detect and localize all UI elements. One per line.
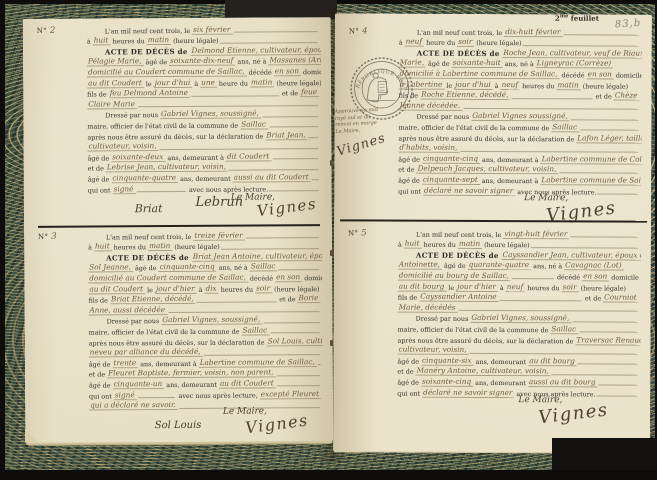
form-line: après nous être assuré du décès, sur la … <box>87 129 321 141</box>
handwritten-text: en son <box>582 271 609 281</box>
handwritten-text: quarante-quatre <box>468 260 531 270</box>
printed-text: et de <box>583 295 603 303</box>
blank-line <box>272 156 318 159</box>
printed-text: âgé de <box>133 264 159 272</box>
blank-line <box>318 362 321 365</box>
handwritten-text: en son <box>587 69 614 79</box>
printed-text: (heure légale) <box>274 79 321 87</box>
form-line: cultivateur, voisin, <box>397 344 640 356</box>
printed-text: à <box>498 284 506 292</box>
blank-line <box>579 330 637 333</box>
entry-number-label: N° <box>348 229 358 237</box>
handwritten-text: Gabriel Vignes soussigné, <box>471 111 570 121</box>
handwritten-text: Gabriel Vignes, soussigné, <box>161 315 262 326</box>
entry-number-label: N° <box>37 27 47 35</box>
blank-line <box>233 29 317 33</box>
form-line: au dit Coudert le jour d'hui à une heure… <box>87 76 321 88</box>
handwritten-folio-number: 3 <box>541 7 547 17</box>
printed-text: décédé <box>248 274 275 282</box>
handwritten-text: Roche Jean, cultivateur, veuf de Riaux <box>502 48 641 59</box>
blank-line <box>270 331 319 334</box>
register-scan: N°2 L'an mil neuf cent trois, le six fév… <box>0 0 657 480</box>
form-line: d'habits, voisin, <box>398 142 641 154</box>
printed-text: L'an mil neuf cent trois, le <box>416 230 503 238</box>
printed-text: ans, demeurant à <box>480 156 541 164</box>
printed-text: ans, demeurant à <box>165 153 226 161</box>
printed-text: heures du <box>421 241 457 249</box>
blank-line <box>269 125 318 128</box>
blank-line <box>559 170 638 173</box>
handwritten-text: aussi au dit bourg <box>528 377 598 387</box>
printed-text: L'an mil neuf cent trois, le <box>106 232 193 241</box>
printed-text: domicile <box>609 273 639 281</box>
entry-number: N°4 <box>349 26 368 36</box>
signature: Briat <box>135 202 163 215</box>
blank-line <box>563 32 638 35</box>
handwritten-text: neuf <box>405 37 424 47</box>
handwritten-text: matin <box>250 77 274 87</box>
blank-line <box>138 103 318 107</box>
printed-text: après nous être assuré du décès, sur la … <box>398 134 576 143</box>
blank-line <box>599 383 638 386</box>
form-line: ACTE DE DÉCÈS de Delmond Etienne, cultiv… <box>87 44 321 56</box>
printed-text: le <box>145 286 155 294</box>
printed-text: après nous être assuré du décès, sur la … <box>87 132 265 141</box>
handwritten-text: neuf <box>506 282 525 292</box>
printed-text: décédé <box>247 68 274 76</box>
blank-line <box>460 148 638 152</box>
pencil-folio-mark: 83,b <box>615 18 642 31</box>
blank-line <box>572 319 637 322</box>
handwritten-text: déclaré ne savoir signer <box>423 185 515 195</box>
form-line: au dit Coudert le jour d'hier à dix heur… <box>88 282 322 294</box>
printed-text: qui ont <box>89 392 114 400</box>
handwritten-text: soir <box>255 283 272 293</box>
form-line: qui ont déclaré ne savoir signer avec no… <box>398 184 641 196</box>
handwritten-text: soir <box>457 37 474 47</box>
entry-lines: L'an mil neuf cent trois, le dix-huit fé… <box>398 26 642 197</box>
form-line: après nous être assuré du décès, sur la … <box>398 132 641 144</box>
form-line: à Labertine le jour d'hui à neuf heures … <box>399 79 642 91</box>
printed-text: âgé de <box>397 378 421 386</box>
handwritten-text: Cayssandier Jean, cultivateur, époux de … <box>501 250 640 261</box>
entry-lines: L'an mil neuf cent trois, le six février… <box>87 23 322 194</box>
handwritten-text: domicilié au bourg de Saillac, <box>398 271 511 281</box>
printed-text: et de <box>397 368 415 376</box>
blank-line <box>229 167 319 171</box>
printed-text: domicile <box>614 71 642 79</box>
blank-line <box>269 188 319 191</box>
printed-text: ans, demeurant <box>178 175 233 183</box>
form-line: âgé de cinquante-quatre ans, demeurant a… <box>88 171 322 183</box>
handwritten-text: en son <box>275 272 302 282</box>
form-line: domicilié au bourg de Saillac, décédé en… <box>398 270 641 282</box>
form-line: qui ont signé avec nous après lecture, e… <box>89 388 323 400</box>
entry-signatures: BriatLebrunLe Maire,Vignes <box>88 194 322 221</box>
handwritten-text: huit <box>94 242 112 252</box>
printed-text: ACTE DE DÉCÈS de <box>106 253 192 263</box>
printed-text: ans, né à <box>531 263 564 271</box>
printed-text: heures du <box>520 82 556 90</box>
form-line: âgé de trente ans, demeurant à Labertine… <box>89 356 323 368</box>
handwritten-text: domicilié à Labertine commune de Saillac… <box>399 69 560 80</box>
printed-text: (heure légale) <box>171 37 219 45</box>
handwritten-text: au dit Coudert <box>88 284 145 294</box>
printed-text: L'an mil neuf cent trois, le <box>105 27 192 36</box>
handwritten-text: déclaré ne savoir signer <box>422 387 514 397</box>
handwritten-text: Saillac <box>551 122 579 132</box>
form-line: domicilié au Coudert commune de Saillac,… <box>87 65 321 77</box>
handwritten-text: signé <box>113 184 136 194</box>
form-line: au dit bourg le jour d'hier à neuf heure… <box>398 281 641 293</box>
printed-text: heure du <box>424 39 457 47</box>
printed-text: âgé de <box>426 60 452 68</box>
entry-signatures: Sol LouisLe Maire,Vignes <box>89 410 323 437</box>
printed-text: ans, né à <box>235 58 268 66</box>
handwritten-text: vingt-huit février <box>503 229 569 239</box>
blank-line <box>138 395 176 398</box>
blank-line <box>571 117 639 120</box>
handwritten-text: Lebrise Jean, cultivateur, voisin, <box>106 162 228 173</box>
printed-text: (heure légale) <box>581 82 628 90</box>
handwritten-text: aussi au dit Coudert <box>233 172 311 182</box>
form-line: L'an mil neuf cent trois, le dix-huit fé… <box>399 26 642 38</box>
printed-text: maire, officier de l'état civil de la co… <box>87 122 240 131</box>
handwritten-text: feu Delmond Antoine <box>109 88 190 98</box>
form-line: maire, officier de l'état civil de la co… <box>398 121 641 133</box>
handwritten-text: cultivateur, voisin, <box>397 345 468 355</box>
form-line: domicilié au Coudert commune de Saillac,… <box>88 271 322 283</box>
binding-stitch <box>330 250 333 256</box>
printed-text: avec nous après lecture, <box>176 391 259 400</box>
printed-text: et de <box>398 166 416 174</box>
handwritten-text: dix-huit février <box>504 27 562 37</box>
printed-text: (heure légale) <box>474 39 521 47</box>
form-line: Dressé par nous Gabriel Vignes, soussign… <box>398 312 641 324</box>
handwritten-text: Delpeuch Jacques, cultivateur, voisin, <box>417 164 559 175</box>
handwritten-text: au dit Coudert <box>87 78 144 88</box>
form-line: et de Delpeuch Jacques, cultivateur, voi… <box>398 163 641 175</box>
handwritten-text: Saillac <box>241 325 269 335</box>
handwritten-text: Cavagnac (Lot) <box>564 261 623 271</box>
printed-text: le <box>446 283 456 291</box>
printed-text: fils de <box>88 297 110 305</box>
handwritten-text: Delmond Etienne, cultivateur, époux de <box>190 45 320 56</box>
entry-number-value: 3 <box>51 232 57 242</box>
printed-text: âgé de <box>398 155 422 163</box>
printed-text: heures du <box>525 284 561 292</box>
handwritten-text: signé <box>114 390 137 400</box>
blank-line <box>578 362 638 365</box>
handwritten-text: excepté Fleuret <box>260 389 321 399</box>
form-line: ACTE DE DÉCÈS de Briat Jean Antoine, cul… <box>88 250 322 262</box>
blank-line <box>463 106 638 110</box>
blank-line <box>470 351 638 355</box>
printed-text: (heure légale) <box>272 285 320 293</box>
blank-line <box>500 298 582 301</box>
margin-note-lines: Approuvé un motrayé nul et unrenvoi en m… <box>334 106 397 135</box>
handwritten-text: cinquante-un <box>113 379 165 389</box>
printed-text: à <box>192 79 200 87</box>
handwritten-text: matin <box>458 239 482 249</box>
handwritten-text: Labertine commune de Saillac, <box>199 357 317 368</box>
handwritten-text: en son <box>274 66 301 76</box>
handwritten-text: Pélagie Marie, <box>87 57 144 67</box>
entry-lines: L'an mil neuf cent trois, le vingt-huit … <box>397 228 641 399</box>
entry-lines: L'an mil neuf cent trois, le treize févr… <box>88 229 323 411</box>
printed-text: après nous être assuré du décès, sur la … <box>89 338 267 347</box>
blank-line <box>160 146 319 150</box>
entry-signatures: Le Maire,Vignes <box>397 398 640 425</box>
handwritten-text: Claire Marie <box>87 99 137 109</box>
printed-text: âgé de <box>143 58 169 66</box>
printed-text: âgé de <box>442 262 468 270</box>
printed-text: qui ont <box>398 187 423 195</box>
printed-text: Dressé par nous <box>107 317 162 325</box>
printed-text: âgé de <box>89 360 113 368</box>
form-line: âgé de cinquante-sept ans, demeurant à L… <box>398 174 641 186</box>
handwritten-text: soixante-deux <box>111 152 165 162</box>
printed-text: (heure légale) <box>579 284 626 292</box>
printed-text: qui ont <box>397 389 422 397</box>
blank-line <box>136 189 186 192</box>
page-corner-fold <box>25 429 38 442</box>
printed-text: heures du <box>112 243 148 251</box>
handwritten-text: Briat Jean Antoine, cultivateur, époux d… <box>192 251 322 262</box>
form-line: Marie, âgé de soixante-huit ans, né à Li… <box>399 57 642 69</box>
handwritten-text: matin <box>556 80 580 90</box>
blank-line <box>168 309 319 313</box>
printed-text: fils de <box>399 92 421 100</box>
handwritten-text: Marie, décédés <box>398 302 458 312</box>
blank-line <box>246 235 319 238</box>
form-line: après nous être assuré du décès, sur la … <box>89 335 323 347</box>
handwritten-text: cinquante-cinq <box>159 262 217 272</box>
handwritten-text: matin <box>148 241 172 251</box>
blank-line <box>531 245 638 248</box>
printed-text: Dressé par nous <box>416 315 471 323</box>
signature: Le Maire, <box>518 395 562 405</box>
blank-line <box>197 299 276 302</box>
form-line: fils de Briat Etienne, décédé, et de Bor… <box>88 293 322 305</box>
blank-line <box>277 373 320 376</box>
printed-text: ans, demeurant <box>164 381 219 389</box>
handwritten-text: Massanes (Ariège) <box>268 55 321 65</box>
printed-text: ans, né à <box>503 60 536 68</box>
handwritten-text: six février <box>192 24 232 34</box>
printed-text: ans, demeurant à <box>138 360 199 368</box>
handwritten-text: jour d'hui <box>154 77 193 87</box>
handwritten-text: qui a déclaré ne savoir. <box>89 400 178 411</box>
form-line: Jeanne décédée. <box>399 100 642 112</box>
handwritten-text: Briat Etienne, décédé, <box>110 294 196 305</box>
printed-text: heures du <box>110 37 146 45</box>
form-line: après nous être assuré du décès, sur la … <box>398 334 641 346</box>
printed-text: maire, officier de l'état civil de la co… <box>398 124 551 133</box>
blank-line <box>580 128 638 131</box>
blank-line <box>552 372 638 375</box>
entry-number-value: 5 <box>361 228 367 238</box>
form-line: domicilié à Labertine commune de Saillac… <box>399 68 642 80</box>
handwritten-text: soixante-cinq <box>421 377 473 387</box>
printed-text: âgé de <box>398 176 422 184</box>
handwritten-text: au dit bourg <box>398 281 447 291</box>
printed-text: fils de <box>398 294 420 302</box>
blank-line <box>221 246 319 250</box>
entry-number: N°5 <box>348 228 367 238</box>
handwritten-text: cultivateur, voisin, <box>87 141 158 151</box>
signature: Le Maire, <box>223 407 267 417</box>
printed-text: L'an mil neuf cent trois, le <box>417 28 504 36</box>
blank-line <box>511 96 592 99</box>
pencil-mark <box>35 13 57 25</box>
left-page: N°2 L'an mil neuf cent trois, le six fév… <box>23 17 334 443</box>
handwritten-text: trente <box>112 358 138 368</box>
printed-text: et de <box>89 371 107 379</box>
blank-line <box>279 267 320 270</box>
seal-value: 1 <box>379 95 382 101</box>
handwritten-text: jour d'hier <box>456 281 498 291</box>
handwritten-text: soixante-dix-neuf <box>169 56 235 66</box>
printed-text: ans, né à <box>217 264 250 272</box>
binding-stitch <box>330 160 333 166</box>
blank-line <box>598 191 639 194</box>
form-line: à huit heures du matin (heure légale) <box>398 238 641 250</box>
form-line: Marie, décédés <box>398 302 641 314</box>
handwritten-text: feue <box>300 87 319 97</box>
handwritten-text: cinquante-sept <box>422 175 480 185</box>
printed-text: âgé de <box>89 381 113 389</box>
blank-line <box>597 393 638 396</box>
printed-text: et de <box>277 295 297 303</box>
entry-number-value: 2 <box>50 26 56 36</box>
form-line: âgé de cinquante-cinq ans, demeurant à L… <box>398 153 641 165</box>
printed-text: ACTE DE DÉCÈS de <box>417 48 503 57</box>
handwritten-text: Labertine commune de Collonges <box>541 154 642 164</box>
blank-line <box>219 40 317 44</box>
handwritten-text: matin <box>147 35 171 45</box>
printed-text: et de <box>88 165 106 173</box>
printed-text: décédé <box>555 273 582 281</box>
handwritten-text: Labertine commune de Saillac <box>540 175 641 185</box>
form-line: maire, officier de l'état civil de la co… <box>398 323 641 335</box>
blank-line <box>262 114 318 117</box>
blank-line <box>277 384 320 387</box>
handwritten-text: huit <box>93 36 111 46</box>
handwritten-text: jour d'hui <box>454 79 493 89</box>
entry-number: N°2 <box>37 26 56 36</box>
handwritten-text: domicilié au Coudert commune de Saillac, <box>87 67 247 78</box>
handwritten-text: Briat Jean, <box>265 130 307 140</box>
handwritten-text: Ligneyrac (Corrèze) <box>536 59 613 69</box>
handwritten-text: Anne, aussi décédée <box>88 305 167 315</box>
printed-text: à <box>197 285 205 293</box>
handwritten-text: huit <box>404 239 422 249</box>
handwritten-text: cinquante-six <box>421 355 473 365</box>
entry-number-label: N° <box>38 233 48 241</box>
handwritten-text: Jeanne décédée. <box>399 100 463 110</box>
printed-text: le <box>144 80 154 88</box>
handwritten-text: soir <box>562 282 579 292</box>
handwritten-text: Saillac <box>240 119 268 129</box>
blank-line <box>312 178 319 181</box>
printed-text: âgé de <box>88 154 112 162</box>
handwritten-text: Manéry Antoine, cultivateur, voisin, <box>416 366 551 377</box>
form-line: qui a déclaré ne savoir. <box>89 399 323 411</box>
printed-text: et de <box>280 89 300 97</box>
handwritten-text: au dit bourg <box>528 356 577 366</box>
binding-stitch <box>330 340 333 346</box>
handwritten-text: Marie, <box>399 58 426 68</box>
printed-text: domicile <box>301 68 321 76</box>
handwritten-text: au dit Coudert <box>219 378 276 388</box>
printed-text: maire, officier de l'état civil de la co… <box>89 328 242 337</box>
form-line: qui ont signé avec nous après lecture. <box>88 182 322 194</box>
form-line: ACTE DE DÉCÈS de Cayssandier Jean, culti… <box>398 249 641 261</box>
handwritten-text: Courniot <box>603 293 639 303</box>
form-line: âgé de cinquante-six ans, demeurant au d… <box>397 355 640 367</box>
handwritten-text: Fleuret Baptiste, fermier, voisin, non p… <box>107 368 275 379</box>
printed-text: Dressé par nous <box>416 113 471 121</box>
form-line: fils de Roche Etienne, décédé, et de Chè… <box>399 89 642 101</box>
handwritten-text: Saillac <box>250 262 278 272</box>
handwritten-text: Lafon Léger, tailleur <box>576 133 641 143</box>
handwritten-text: Chèze <box>614 91 640 101</box>
death-act-entry: N°5 L'an mil neuf cent trois, le vingt-h… <box>333 227 651 425</box>
blank-line <box>191 93 279 97</box>
form-line: L'an mil neuf cent trois, le vingt-huit … <box>398 228 641 240</box>
form-line: Dressé par nous Gabriel Vignes soussigné… <box>398 110 641 122</box>
margin-note: Approuvé un motrayé nul et unrenvoi en m… <box>334 106 398 154</box>
printed-text: domicile <box>302 274 322 282</box>
handwritten-text: Sol Louis, cultivateur, <box>267 335 323 346</box>
printed-text: Dressé par nous <box>105 111 160 119</box>
printed-text: qui ont <box>88 186 113 194</box>
handwritten-text: Gabriel Vignes, soussigné, <box>160 109 261 120</box>
blank-line <box>523 43 639 47</box>
printed-text: ACTE DE DÉCÈS de <box>105 47 191 57</box>
form-line: ACTE DE DÉCÈS de Roche Jean, cultivateur… <box>399 47 642 59</box>
handwritten-text: Borie <box>297 293 320 303</box>
blank-line <box>263 320 319 323</box>
entry-number-value: 4 <box>362 26 368 36</box>
handwritten-text: Cayssandier Antoine <box>419 292 498 302</box>
handwritten-text: Antoinette, <box>398 260 442 270</box>
printed-text: ACTE DE DÉCÈS de <box>416 250 502 259</box>
handwritten-text: domicilié au Coudert commune de Saillac, <box>88 273 248 284</box>
handwritten-text: Saillac <box>550 324 578 334</box>
handwritten-text: jour d'hier <box>155 283 197 293</box>
printed-text: décédé <box>559 71 586 79</box>
handwritten-text: dit Coudert <box>226 151 271 161</box>
handwritten-text: neveu par alliance du décédé, <box>89 347 203 358</box>
form-line: Pélagie Marie, âgé de soixante-dix-neuf … <box>87 55 321 67</box>
death-act-entry: N°2 L'an mil neuf cent trois, le six fév… <box>23 23 332 221</box>
entry-divider <box>38 224 320 228</box>
handwritten-text: cinquante-cinq <box>422 153 480 163</box>
printed-text: âgé de <box>88 175 112 183</box>
blank-line <box>204 352 320 356</box>
form-line: fils de feu Delmond Antoine et de feue <box>87 87 321 99</box>
right-page: 3 2me feuillet 83,b RÉPUBLIQUE FRANÇAISE… <box>333 13 652 452</box>
blank-line <box>512 277 554 280</box>
printed-text: (heure légale) <box>482 241 529 249</box>
form-line: Antoinette, âgé de quarante-quatre ans, … <box>398 259 641 271</box>
handwritten-text: Sol Jeanne, <box>88 263 133 273</box>
printed-text: après nous être assuré du décès, sur la … <box>398 336 576 345</box>
entry-number: N°3 <box>38 232 57 242</box>
handwritten-text: une <box>200 77 217 87</box>
